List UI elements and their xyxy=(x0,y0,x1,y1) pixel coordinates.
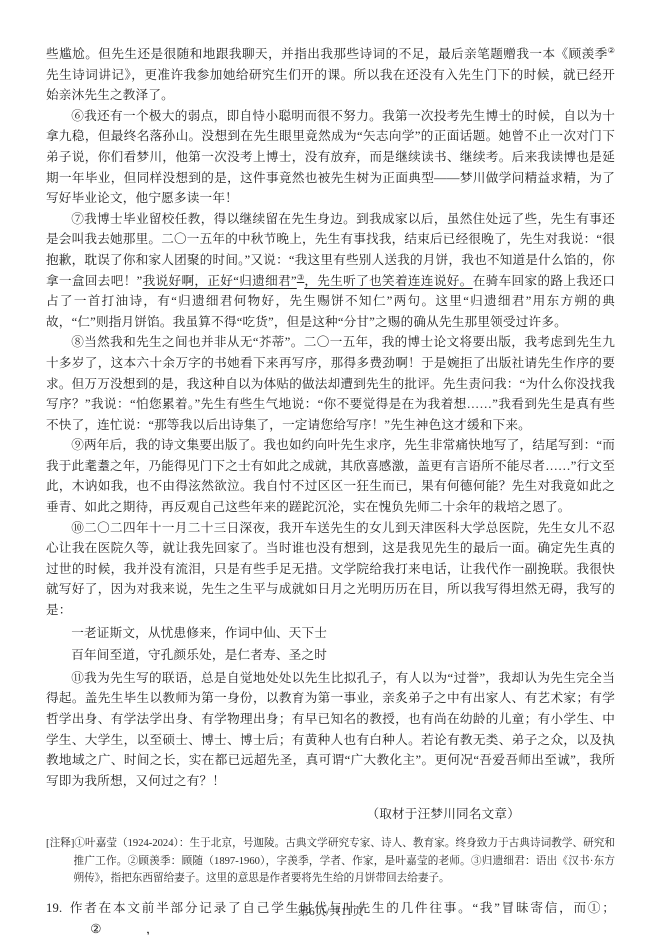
source-attribution: （取材于汪梦川同名文章） xyxy=(46,804,615,825)
couplet-line-1: 一老证斯文，从忧患修来，作词中仙、天下士 xyxy=(46,623,615,644)
para-11: ⑪我为先生写的联语，总是自觉地处处以先生比拟孔子，有人以为“过誉”，我却认为先生… xyxy=(46,668,615,792)
para-7: ⑦我博士毕业留校任教，得以继续留在先生身边。到我成家以后，虽然住处远了些，先生有… xyxy=(46,209,615,333)
para-11-segment: ⑪我为先生写的联语，总是自觉地处处以先生比拟孔子，有人以为“过誉”，我却认为先生… xyxy=(46,671,615,788)
couplet-line-2: 百年间至道，守孔颜乐处，是仁者寿、圣之时 xyxy=(46,645,615,666)
couplet-line-1-segment: 一老证斯文，从忧患修来，作词中仙、天下士 xyxy=(71,626,327,640)
footnotes: [注释]①叶嘉莹（1924-2024）：生于北京，号迦陵。古典文学研究专家、诗人… xyxy=(46,835,615,888)
para-8: ⑧当然我和先生之间也并非从无“芥蒂”。二〇一五年，我的博士论文将要出版，我考虑到… xyxy=(46,332,615,435)
para-8-segment: ⑧当然我和先生之间也并非从无“芥蒂”。二〇一五年，我的博士论文将要出版，我考虑到… xyxy=(46,335,615,431)
para-continuation-segment: 些尴尬。但先生还是很随和地跟我聊天，并指出我那些诗词的不足，最后亲笔题赠我一本《… xyxy=(46,47,608,61)
answer-blank: ② xyxy=(48,922,144,935)
para-6-segment: ⑥我还有一个极大的弱点，即自恃小聪明而很不努力。我第一次投考先生博士的时候，自以… xyxy=(46,109,615,205)
para-6: ⑥我还有一个极大的弱点，即自恃小聪明而很不努力。我第一次投考先生博士的时候，自以… xyxy=(46,106,615,209)
para-9-segment: ⑨两年后，我的诗文集要出版了。我也如约向叶先生求序，先生非常痛快地写了，结尾写到… xyxy=(46,438,615,514)
page-footer: 第6页/共11页 xyxy=(0,903,661,919)
question-text-post: ， xyxy=(146,922,159,935)
para-continuation: 些尴尬。但先生还是很随和地跟我聊天，并指出我那些诗词的不足，最后亲笔题赠我一本《… xyxy=(46,44,615,106)
para-continuation-segment: ② xyxy=(608,46,615,55)
para-10-segment: ⑩二〇二四年十一月二十三日深夜，我开车送先生的女儿到天津医科大学总医院，先生女儿… xyxy=(46,521,615,617)
para-10: ⑩二〇二四年十一月二十三日深夜，我开车送先生的女儿到天津医科大学总医院，先生女儿… xyxy=(46,518,615,621)
answer-blank-label: ② xyxy=(90,922,102,935)
document-paragraphs: 些尴尬。但先生还是很随和地跟我聊天，并指出我那些诗词的不足，最后亲笔题赠我一本《… xyxy=(46,44,615,791)
para-continuation-segment: 先生诗词讲记》，更准许我参加她给研究生们开的课。所以我在还没有入先生门下的时候，… xyxy=(46,68,615,103)
couplet-line-2-segment: 百年间至道，守孔颜乐处，是仁者寿、圣之时 xyxy=(71,648,327,662)
exam-page: 些尴尬。但先生还是很随和地跟我聊天，并指出我那些诗词的不足，最后亲笔题赠我一本《… xyxy=(0,0,661,935)
para-9: ⑨两年后，我的诗文集要出版了。我也如约向叶先生求序，先生非常痛快地写了，结尾写到… xyxy=(46,435,615,517)
para-7-segment: ，先生听了也笑着连连说好。 xyxy=(304,274,472,288)
para-7-segment: 我说好啊，正好“归遗细君” xyxy=(142,274,296,288)
page-content: 些尴尬。但先生还是很随和地跟我聊天，并指出我那些诗词的不足，最后亲笔题赠我一本《… xyxy=(46,44,615,935)
